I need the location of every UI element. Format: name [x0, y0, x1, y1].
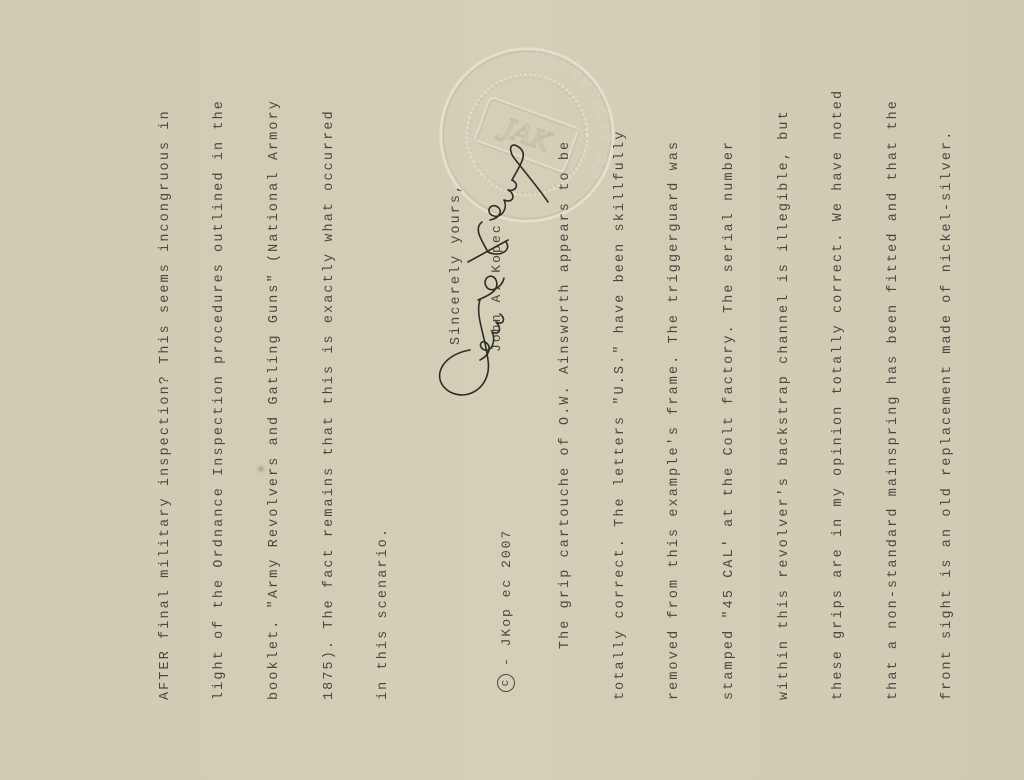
copyright-text: - JKop ec 2007 [499, 529, 514, 666]
text-line: 1875). The fact remains that this is exa… [321, 80, 339, 700]
text-line: totally correct. The letters "U.S." have… [612, 80, 630, 700]
text-line: front sight is an old replacement made o… [939, 80, 957, 700]
paragraph-1: AFTER final military inspection? This se… [120, 80, 429, 700]
closing-salutation: Sincerely yours, [448, 183, 466, 345]
text-line: The grip cartouche of O.W. Ainsworth app… [557, 80, 575, 700]
text-line: AFTER final military inspection? This se… [157, 80, 175, 700]
paragraph-2: The grip cartouche of O.W. Ainsworth app… [521, 80, 994, 700]
text-line: that a non-standard mainspring has been … [885, 80, 903, 700]
text-line: within this revolver's backstrap channel… [776, 80, 794, 700]
copyright-notice: c - JKop ec 2007 [497, 529, 515, 692]
paper-speck [258, 466, 264, 472]
text-line: in this scenario. [375, 80, 393, 700]
letter-body: AFTER final military inspection? This se… [84, 80, 1024, 700]
text-line: light of the Ordnance Inspection procedu… [211, 80, 229, 700]
text-line: removed from this example's frame. The t… [666, 80, 684, 700]
letter-page: JAK AUTHENTICATION KOPEC AFTER final mil… [0, 0, 1024, 780]
copyright-icon: c [497, 674, 515, 692]
signer-name: John A. Kopec [488, 223, 506, 352]
text-line: these grips are in my opinion totally co… [830, 80, 848, 700]
text-line: booklet. "Army Revolvers and Gatling Gun… [266, 80, 284, 700]
text-line: stamped "45 CAL' at the Colt factory. Th… [721, 80, 739, 700]
